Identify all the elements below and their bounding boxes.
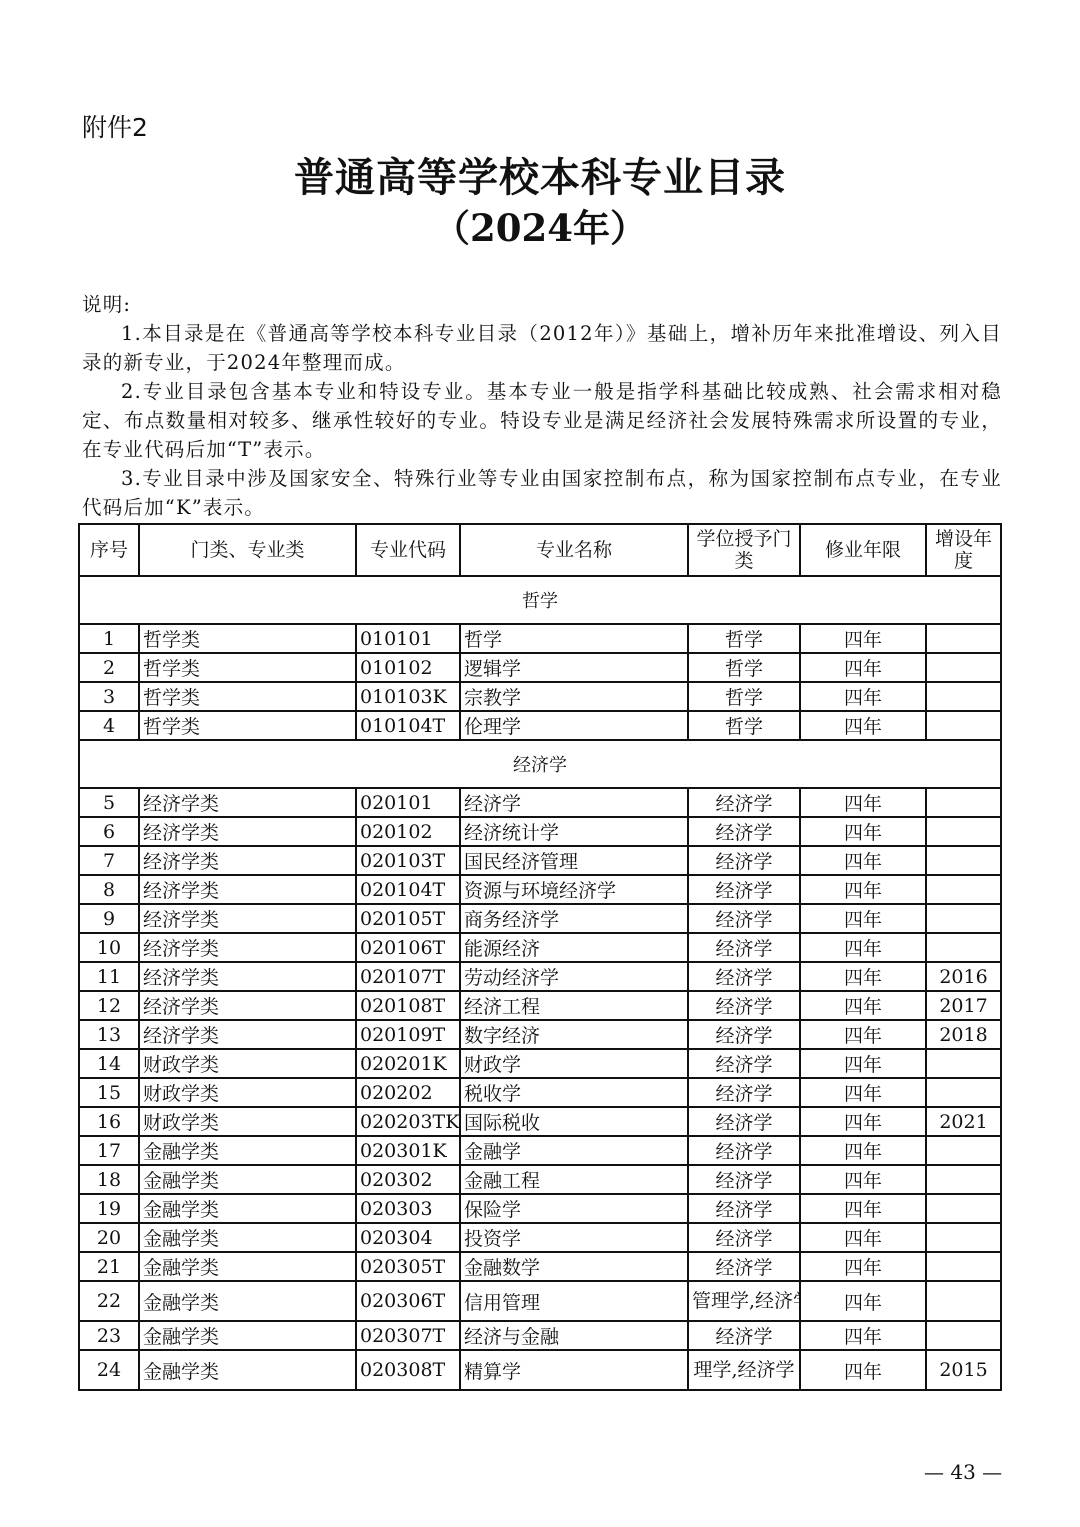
- row-number: 1: [79, 624, 139, 653]
- row-code: 010103K: [356, 682, 460, 711]
- section-row: 经济学: [79, 740, 1001, 788]
- row-degree: 经济学: [688, 1165, 800, 1194]
- row-code: 020307T: [356, 1321, 460, 1350]
- row-added-year: [926, 624, 1001, 653]
- row-years: 四年: [800, 1107, 926, 1136]
- row-degree: 哲学: [688, 653, 800, 682]
- row-category: 财政学类: [139, 1107, 356, 1136]
- row-degree: 经济学: [688, 904, 800, 933]
- row-degree: 哲学: [688, 711, 800, 740]
- row-degree: 经济学: [688, 817, 800, 846]
- row-number: 6: [79, 817, 139, 846]
- row-code: 020304: [356, 1223, 460, 1252]
- row-category: 金融学类: [139, 1165, 356, 1194]
- notes-label: 说明:: [82, 290, 1002, 319]
- table-row: 5经济学类020101经济学经济学四年: [79, 788, 1001, 817]
- row-years: 四年: [800, 1321, 926, 1350]
- row-added-year: 2015: [926, 1350, 1001, 1390]
- row-degree: 经济学: [688, 788, 800, 817]
- row-category: 哲学类: [139, 624, 356, 653]
- major-catalog-table: 序号 门类、专业类 专业代码 专业名称 学位授予门类 修业年限 增设年度 哲学1…: [78, 523, 1002, 1391]
- table-row: 18金融学类020302金融工程经济学四年: [79, 1165, 1001, 1194]
- row-major-name: 哲学: [460, 624, 688, 653]
- row-major-name: 信用管理: [460, 1281, 688, 1321]
- row-degree: 经济学: [688, 991, 800, 1020]
- row-major-name: 投资学: [460, 1223, 688, 1252]
- row-years: 四年: [800, 1020, 926, 1049]
- section-title: 经济学: [79, 740, 1001, 788]
- row-code: 020106T: [356, 933, 460, 962]
- row-years: 四年: [800, 788, 926, 817]
- row-category: 经济学类: [139, 933, 356, 962]
- row-number: 13: [79, 1020, 139, 1049]
- row-years: 四年: [800, 1078, 926, 1107]
- row-major-name: 数字经济: [460, 1020, 688, 1049]
- row-added-year: 2018: [926, 1020, 1001, 1049]
- row-years: 四年: [800, 933, 926, 962]
- row-category: 金融学类: [139, 1252, 356, 1281]
- row-degree: 经济学: [688, 1194, 800, 1223]
- table-row: 16财政学类020203TK国际税收经济学四年2021: [79, 1107, 1001, 1136]
- row-degree: 管理学,经济学: [688, 1281, 800, 1321]
- row-number: 17: [79, 1136, 139, 1165]
- row-major-name: 税收学: [460, 1078, 688, 1107]
- row-degree: 经济学: [688, 1078, 800, 1107]
- row-code: 020104T: [356, 875, 460, 904]
- table-row: 22金融学类020306T信用管理管理学,经济学四年: [79, 1281, 1001, 1321]
- row-number: 7: [79, 846, 139, 875]
- row-years: 四年: [800, 875, 926, 904]
- row-years: 四年: [800, 991, 926, 1020]
- row-years: 四年: [800, 1165, 926, 1194]
- row-code: 020202: [356, 1078, 460, 1107]
- row-degree: 经济学: [688, 1107, 800, 1136]
- row-added-year: 2021: [926, 1107, 1001, 1136]
- table-row: 23金融学类020307T经济与金融经济学四年: [79, 1321, 1001, 1350]
- header-name: 专业名称: [460, 524, 688, 576]
- row-major-name: 经济工程: [460, 991, 688, 1020]
- table-row: 21金融学类020305T金融数学经济学四年: [79, 1252, 1001, 1281]
- document-title: 普通高等学校本科专业目录: [0, 146, 1080, 203]
- row-degree: 经济学: [688, 846, 800, 875]
- row-code: 010104T: [356, 711, 460, 740]
- row-number: 18: [79, 1165, 139, 1194]
- row-added-year: [926, 1049, 1001, 1078]
- row-added-year: [926, 1194, 1001, 1223]
- row-added-year: [926, 653, 1001, 682]
- row-category: 哲学类: [139, 682, 356, 711]
- row-code: 010102: [356, 653, 460, 682]
- row-years: 四年: [800, 962, 926, 991]
- row-category: 金融学类: [139, 1223, 356, 1252]
- row-years: 四年: [800, 1049, 926, 1078]
- table-row: 10经济学类020106T能源经济经济学四年: [79, 933, 1001, 962]
- row-major-name: 国民经济管理: [460, 846, 688, 875]
- row-number: 8: [79, 875, 139, 904]
- row-number: 21: [79, 1252, 139, 1281]
- row-category: 经济学类: [139, 962, 356, 991]
- row-added-year: [926, 1165, 1001, 1194]
- notes-section: 说明: 1.本目录是在《普通高等学校本科专业目录（2012年）》基础上，增补历年…: [82, 290, 1002, 522]
- note-item-2: 2.专业目录包含基本专业和特设专业。基本专业一般是指学科基础比较成熟、社会需求相…: [82, 377, 1002, 464]
- row-code: 020103T: [356, 846, 460, 875]
- row-years: 四年: [800, 817, 926, 846]
- row-added-year: [926, 846, 1001, 875]
- row-major-name: 经济与金融: [460, 1321, 688, 1350]
- row-number: 3: [79, 682, 139, 711]
- row-added-year: [926, 904, 1001, 933]
- section-row: 哲学: [79, 576, 1001, 624]
- row-degree: 经济学: [688, 1020, 800, 1049]
- header-degree: 学位授予门类: [688, 524, 800, 576]
- row-years: 四年: [800, 1194, 926, 1223]
- row-major-name: 国际税收: [460, 1107, 688, 1136]
- row-degree: 经济学: [688, 1252, 800, 1281]
- row-years: 四年: [800, 1281, 926, 1321]
- row-category: 金融学类: [139, 1194, 356, 1223]
- row-number: 24: [79, 1350, 139, 1390]
- row-number: 22: [79, 1281, 139, 1321]
- row-degree: 哲学: [688, 682, 800, 711]
- row-degree: 理学,经济学: [688, 1350, 800, 1390]
- row-category: 金融学类: [139, 1281, 356, 1321]
- row-major-name: 金融学: [460, 1136, 688, 1165]
- row-number: 20: [79, 1223, 139, 1252]
- row-code: 020201K: [356, 1049, 460, 1078]
- row-major-name: 经济统计学: [460, 817, 688, 846]
- row-added-year: [926, 1223, 1001, 1252]
- row-major-name: 商务经济学: [460, 904, 688, 933]
- table-body: 哲学1哲学类010101哲学哲学四年2哲学类010102逻辑学哲学四年3哲学类0…: [79, 576, 1001, 1390]
- table-row: 2哲学类010102逻辑学哲学四年: [79, 653, 1001, 682]
- table-row: 6经济学类020102经济统计学经济学四年: [79, 817, 1001, 846]
- row-code: 020107T: [356, 962, 460, 991]
- table-row: 19金融学类020303保险学经济学四年: [79, 1194, 1001, 1223]
- row-added-year: [926, 875, 1001, 904]
- row-code: 020109T: [356, 1020, 460, 1049]
- row-major-name: 精算学: [460, 1350, 688, 1390]
- row-number: 10: [79, 933, 139, 962]
- table-row: 20金融学类020304投资学经济学四年: [79, 1223, 1001, 1252]
- row-major-name: 金融工程: [460, 1165, 688, 1194]
- row-code: 020301K: [356, 1136, 460, 1165]
- row-number: 23: [79, 1321, 139, 1350]
- table-row: 9经济学类020105T商务经济学经济学四年: [79, 904, 1001, 933]
- row-added-year: [926, 1136, 1001, 1165]
- table-row: 7经济学类020103T国民经济管理经济学四年: [79, 846, 1001, 875]
- row-years: 四年: [800, 624, 926, 653]
- row-added-year: [926, 1281, 1001, 1321]
- row-number: 12: [79, 991, 139, 1020]
- row-category: 经济学类: [139, 875, 356, 904]
- row-degree: 经济学: [688, 933, 800, 962]
- row-added-year: [926, 1321, 1001, 1350]
- row-category: 经济学类: [139, 1020, 356, 1049]
- row-number: 4: [79, 711, 139, 740]
- note-item-1: 1.本目录是在《普通高等学校本科专业目录（2012年）》基础上，增补历年来批准增…: [82, 319, 1002, 377]
- table-row: 3哲学类010103K宗教学哲学四年: [79, 682, 1001, 711]
- row-major-name: 保险学: [460, 1194, 688, 1223]
- row-category: 财政学类: [139, 1078, 356, 1107]
- row-code: 020306T: [356, 1281, 460, 1321]
- header-added-year: 增设年度: [926, 524, 1001, 576]
- row-code: 020105T: [356, 904, 460, 933]
- row-major-name: 财政学: [460, 1049, 688, 1078]
- row-years: 四年: [800, 1350, 926, 1390]
- row-category: 经济学类: [139, 846, 356, 875]
- row-category: 经济学类: [139, 904, 356, 933]
- row-added-year: [926, 711, 1001, 740]
- row-code: 020101: [356, 788, 460, 817]
- row-major-name: 资源与环境经济学: [460, 875, 688, 904]
- row-code: 020108T: [356, 991, 460, 1020]
- row-number: 11: [79, 962, 139, 991]
- header-years: 修业年限: [800, 524, 926, 576]
- table-row: 24金融学类020308T精算学理学,经济学四年2015: [79, 1350, 1001, 1390]
- row-code: 020302: [356, 1165, 460, 1194]
- table-header-row: 序号 门类、专业类 专业代码 专业名称 学位授予门类 修业年限 增设年度: [79, 524, 1001, 576]
- row-added-year: [926, 1252, 1001, 1281]
- table-row: 15财政学类020202税收学经济学四年: [79, 1078, 1001, 1107]
- table-row: 17金融学类020301K金融学经济学四年: [79, 1136, 1001, 1165]
- row-code: 020305T: [356, 1252, 460, 1281]
- table-row: 8经济学类020104T资源与环境经济学经济学四年: [79, 875, 1001, 904]
- row-category: 金融学类: [139, 1136, 356, 1165]
- row-major-name: 逻辑学: [460, 653, 688, 682]
- note-item-3: 3.专业目录中涉及国家安全、特殊行业等专业由国家控制布点，称为国家控制布点专业，…: [82, 464, 1002, 522]
- row-added-year: [926, 1078, 1001, 1107]
- row-category: 财政学类: [139, 1049, 356, 1078]
- row-added-year: [926, 788, 1001, 817]
- row-major-name: 伦理学: [460, 711, 688, 740]
- row-degree: 经济学: [688, 1321, 800, 1350]
- row-added-year: [926, 817, 1001, 846]
- document-subtitle: （2024年）: [0, 198, 1080, 252]
- row-years: 四年: [800, 846, 926, 875]
- row-years: 四年: [800, 1252, 926, 1281]
- row-number: 15: [79, 1078, 139, 1107]
- row-code: 010101: [356, 624, 460, 653]
- row-major-name: 能源经济: [460, 933, 688, 962]
- row-category: 经济学类: [139, 788, 356, 817]
- row-years: 四年: [800, 653, 926, 682]
- row-code: 020303: [356, 1194, 460, 1223]
- header-code: 专业代码: [356, 524, 460, 576]
- header-category: 门类、专业类: [139, 524, 356, 576]
- table-row: 11经济学类020107T劳动经济学经济学四年2016: [79, 962, 1001, 991]
- row-category: 金融学类: [139, 1321, 356, 1350]
- row-degree: 经济学: [688, 962, 800, 991]
- row-category: 哲学类: [139, 711, 356, 740]
- attachment-label: 附件2: [82, 108, 148, 144]
- row-number: 16: [79, 1107, 139, 1136]
- row-added-year: 2017: [926, 991, 1001, 1020]
- row-code: 020102: [356, 817, 460, 846]
- row-category: 金融学类: [139, 1350, 356, 1390]
- row-number: 9: [79, 904, 139, 933]
- row-major-name: 金融数学: [460, 1252, 688, 1281]
- row-years: 四年: [800, 1223, 926, 1252]
- table-row: 12经济学类020108T经济工程经济学四年2017: [79, 991, 1001, 1020]
- table-row: 13经济学类020109T数字经济经济学四年2018: [79, 1020, 1001, 1049]
- row-code: 020203TK: [356, 1107, 460, 1136]
- row-code: 020308T: [356, 1350, 460, 1390]
- row-degree: 经济学: [688, 1049, 800, 1078]
- row-years: 四年: [800, 682, 926, 711]
- row-years: 四年: [800, 904, 926, 933]
- row-degree: 经济学: [688, 1136, 800, 1165]
- row-number: 2: [79, 653, 139, 682]
- table-row: 4哲学类010104T伦理学哲学四年: [79, 711, 1001, 740]
- table-row: 1哲学类010101哲学哲学四年: [79, 624, 1001, 653]
- row-major-name: 经济学: [460, 788, 688, 817]
- row-years: 四年: [800, 1136, 926, 1165]
- row-added-year: 2016: [926, 962, 1001, 991]
- row-major-name: 宗教学: [460, 682, 688, 711]
- row-category: 哲学类: [139, 653, 356, 682]
- header-no: 序号: [79, 524, 139, 576]
- row-category: 经济学类: [139, 817, 356, 846]
- row-number: 14: [79, 1049, 139, 1078]
- row-years: 四年: [800, 711, 926, 740]
- row-degree: 经济学: [688, 875, 800, 904]
- table-row: 14财政学类020201K财政学经济学四年: [79, 1049, 1001, 1078]
- page-number: — 43 —: [924, 1460, 1002, 1484]
- row-degree: 哲学: [688, 624, 800, 653]
- row-category: 经济学类: [139, 991, 356, 1020]
- row-number: 19: [79, 1194, 139, 1223]
- row-degree: 经济学: [688, 1223, 800, 1252]
- section-title: 哲学: [79, 576, 1001, 624]
- row-added-year: [926, 682, 1001, 711]
- row-major-name: 劳动经济学: [460, 962, 688, 991]
- row-added-year: [926, 933, 1001, 962]
- row-number: 5: [79, 788, 139, 817]
